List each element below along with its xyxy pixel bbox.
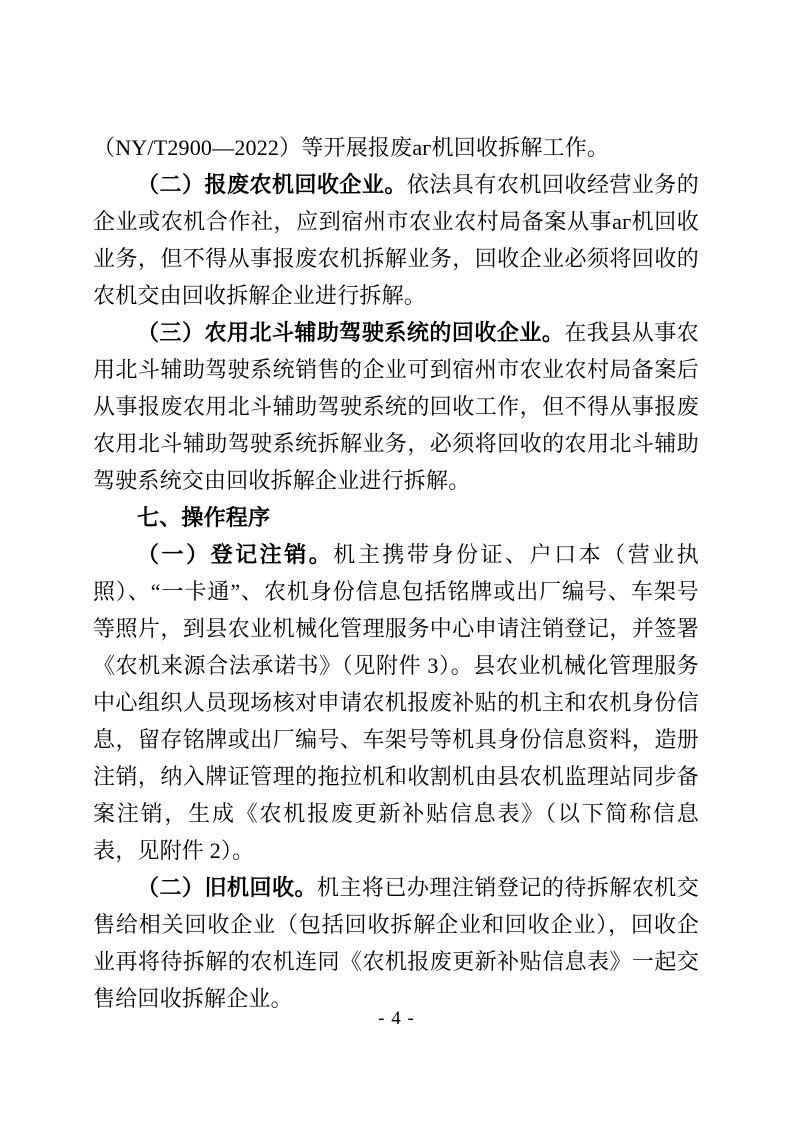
paragraph-text: 机主携带身份证、户口本（营业执照）、“一卡通”、农机身份信息包括铭牌或出厂编号、… bbox=[93, 542, 699, 863]
paragraph-lead: （一）登记注销。 bbox=[137, 542, 333, 567]
paragraph-lead: （二）旧机回收。 bbox=[137, 875, 317, 900]
page-number: - 4 - bbox=[0, 1007, 793, 1031]
paragraph-step-2-old-machine-recycling: （二）旧机回收。机主将已办理注销登记的待拆解农机交售给相关回收企业（包括回收拆解… bbox=[93, 869, 699, 1017]
paragraph-continued: （NY/T2900—2022）等开展报废аг机回收拆解工作。 bbox=[93, 129, 699, 166]
paragraph-lead: （三）农用北斗辅助驾驶系统的回收企业。 bbox=[137, 320, 564, 345]
paragraph-lead: （二）报废农机回收企业。 bbox=[137, 172, 407, 197]
section-heading-operating-procedures: 七、操作程序 bbox=[93, 499, 699, 536]
document-content: （NY/T2900—2022）等开展报废аг机回收拆解工作。 （二）报废农机回收… bbox=[93, 129, 699, 1017]
document-page: （NY/T2900—2022）等开展报废аг机回收拆解工作。 （二）报废农机回收… bbox=[0, 0, 793, 1122]
paragraph-step-1-registration-cancellation: （一）登记注销。机主携带身份证、户口本（营业执照）、“一卡通”、农机身份信息包括… bbox=[93, 536, 699, 869]
paragraph-text: （NY/T2900—2022）等开展报废аг机回收拆解工作。 bbox=[93, 135, 609, 160]
paragraph-section-3-beidou-recycling-enterprises: （三）农用北斗辅助驾驶系统的回收企业。在我县从事农用北斗辅助驾驶系统销售的企业可… bbox=[93, 314, 699, 499]
paragraph-section-2-recycling-enterprises: （二）报废农机回收企业。依法具有农机回收经营业务的企业或农机合作社，应到宿州市农… bbox=[93, 166, 699, 314]
paragraph-text: 在我县从事农用北斗辅助驾驶系统销售的企业可到宿州市农业农村局备案后从事报废农用北… bbox=[93, 320, 699, 493]
